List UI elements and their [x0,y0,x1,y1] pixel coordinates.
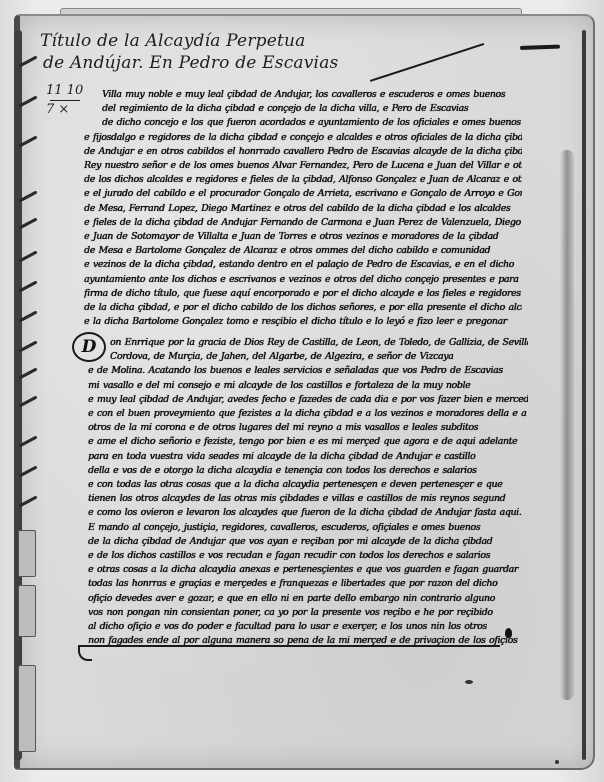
manuscript-line: de dicho concejo e los que fueron acorda… [102,116,522,130]
title-line-1: Título de la Alcaydía Perpetua [40,30,338,52]
binding-patch [18,585,36,637]
manuscript-line: Cordova, de Murçia, de Jahen, del Algarb… [110,350,528,364]
manuscript-line: de Mesa, Ferrand Lopez, Diego Martinez e… [84,202,522,216]
ink-speck [555,760,559,764]
manuscript-line: e muy leal çibdad de Andujar, avedes fec… [88,393,528,407]
manuscript-line: de la dicha çibdad, e por el dicho cabil… [84,301,522,315]
end-mark [505,628,512,638]
title-line-2: de Andújar. En Pedro de Escavias [40,52,338,74]
folio-top: 11 10 [46,84,83,98]
manuscript-line: para en toda vuestra vida seades mi alca… [88,450,528,464]
manuscript-line: e Juan de Sotomayor de Villalta e Juan d… [84,230,522,244]
manuscript-line: de Andujar e en otros cabildos el honrra… [84,145,522,159]
manuscript-line: ayuntamiento ante los dichos e escrivano… [84,273,522,287]
manuscript-line: firma de dicho título, que fuese aquí en… [84,287,522,301]
manuscript-line: e fijosdalgo e regidores de la dicha çib… [84,131,522,145]
manuscript-line: vos non pongan nin consientan poner, ca … [88,606,528,620]
manuscript-line: del regimiento de la dicha çibdad e conç… [102,102,522,116]
manuscript-line: e con el buen proveymiento que fezistes … [88,407,528,421]
manuscript-line: e con todas las otras cosas que a la dic… [88,478,528,492]
binding-patch [18,665,36,752]
manuscript-line: e vezinos de la dicha çibdad, estando de… [84,258,522,272]
manuscript-line: ofiçio devedes aver e gozar, e que en el… [88,592,528,606]
closing-rule [80,645,500,647]
text-block-1: Villa muy noble e muy leal çibdad de And… [102,88,522,329]
page-right-edge [582,30,586,760]
manuscript-line: e el jurado del cabildo e el procurador … [84,187,522,201]
manuscript-line: e de los dichos castillos e vos recudan … [88,549,528,563]
document-title: Título de la Alcaydía Perpetua de Andúja… [40,30,338,74]
manuscript-line: todas las honrras e graçias e merçedes e… [88,577,528,591]
manuscript-line: Villa muy noble e muy leal çibdad de And… [102,88,522,102]
manuscript-line: e de Molina. Acatando los buenos e leale… [88,364,528,378]
manuscript-line: e fieles de la dicha çibdad de Andujar F… [84,216,522,230]
folio-bottom: 7 × [46,103,83,117]
manuscript-line: e la dicha Bartolome Gonçalez tomo e res… [84,315,522,329]
manuscript-line: on Enrrique por la gracia de Dios Rey de… [110,336,528,350]
manuscript-line: e ame el dicho señorio e feziste, tengo … [88,435,528,449]
text-block-2: on Enrrique por la gracia de Dios Rey de… [88,336,528,648]
manuscript-line: al dicho ofiçio e vos do poder e faculta… [88,620,528,634]
manuscript-line: mi vasallo e del mi consejo e mi alcayde… [88,379,528,393]
folio-number: 11 10 7 × [46,84,83,117]
manuscript-line: della e vos de e otorgo la dicha alcaydi… [88,464,528,478]
ink-speck [465,680,473,684]
manuscript-line: e otras cosas a la dicha alcaydia anexas… [88,563,528,577]
manuscript-line: de Mesa e Bartolome Gonçalez de Alcaraz … [84,244,522,258]
page-fold-shadow [560,150,574,700]
manuscript-line: de la dicha çibdad de Andujar que vos ay… [88,535,528,549]
folio-divider [50,100,80,101]
manuscript-line: de los dichos alcaldes e regidores e fie… [84,173,522,187]
manuscript-line: otros de la mi corona e de otros lugares… [88,421,528,435]
manuscript-line: e como los ovieron e levaron los alcayde… [88,506,528,520]
manuscript-line: E mando al conçejo, justiçia, regidores,… [88,521,528,535]
manuscript-line: Rey nuestro señor e de los omes buenos A… [84,159,522,173]
binding-strip [14,30,22,760]
manuscript-line: tienen los otros alcaydes de las otras m… [88,492,528,506]
binding-patch [18,530,36,577]
